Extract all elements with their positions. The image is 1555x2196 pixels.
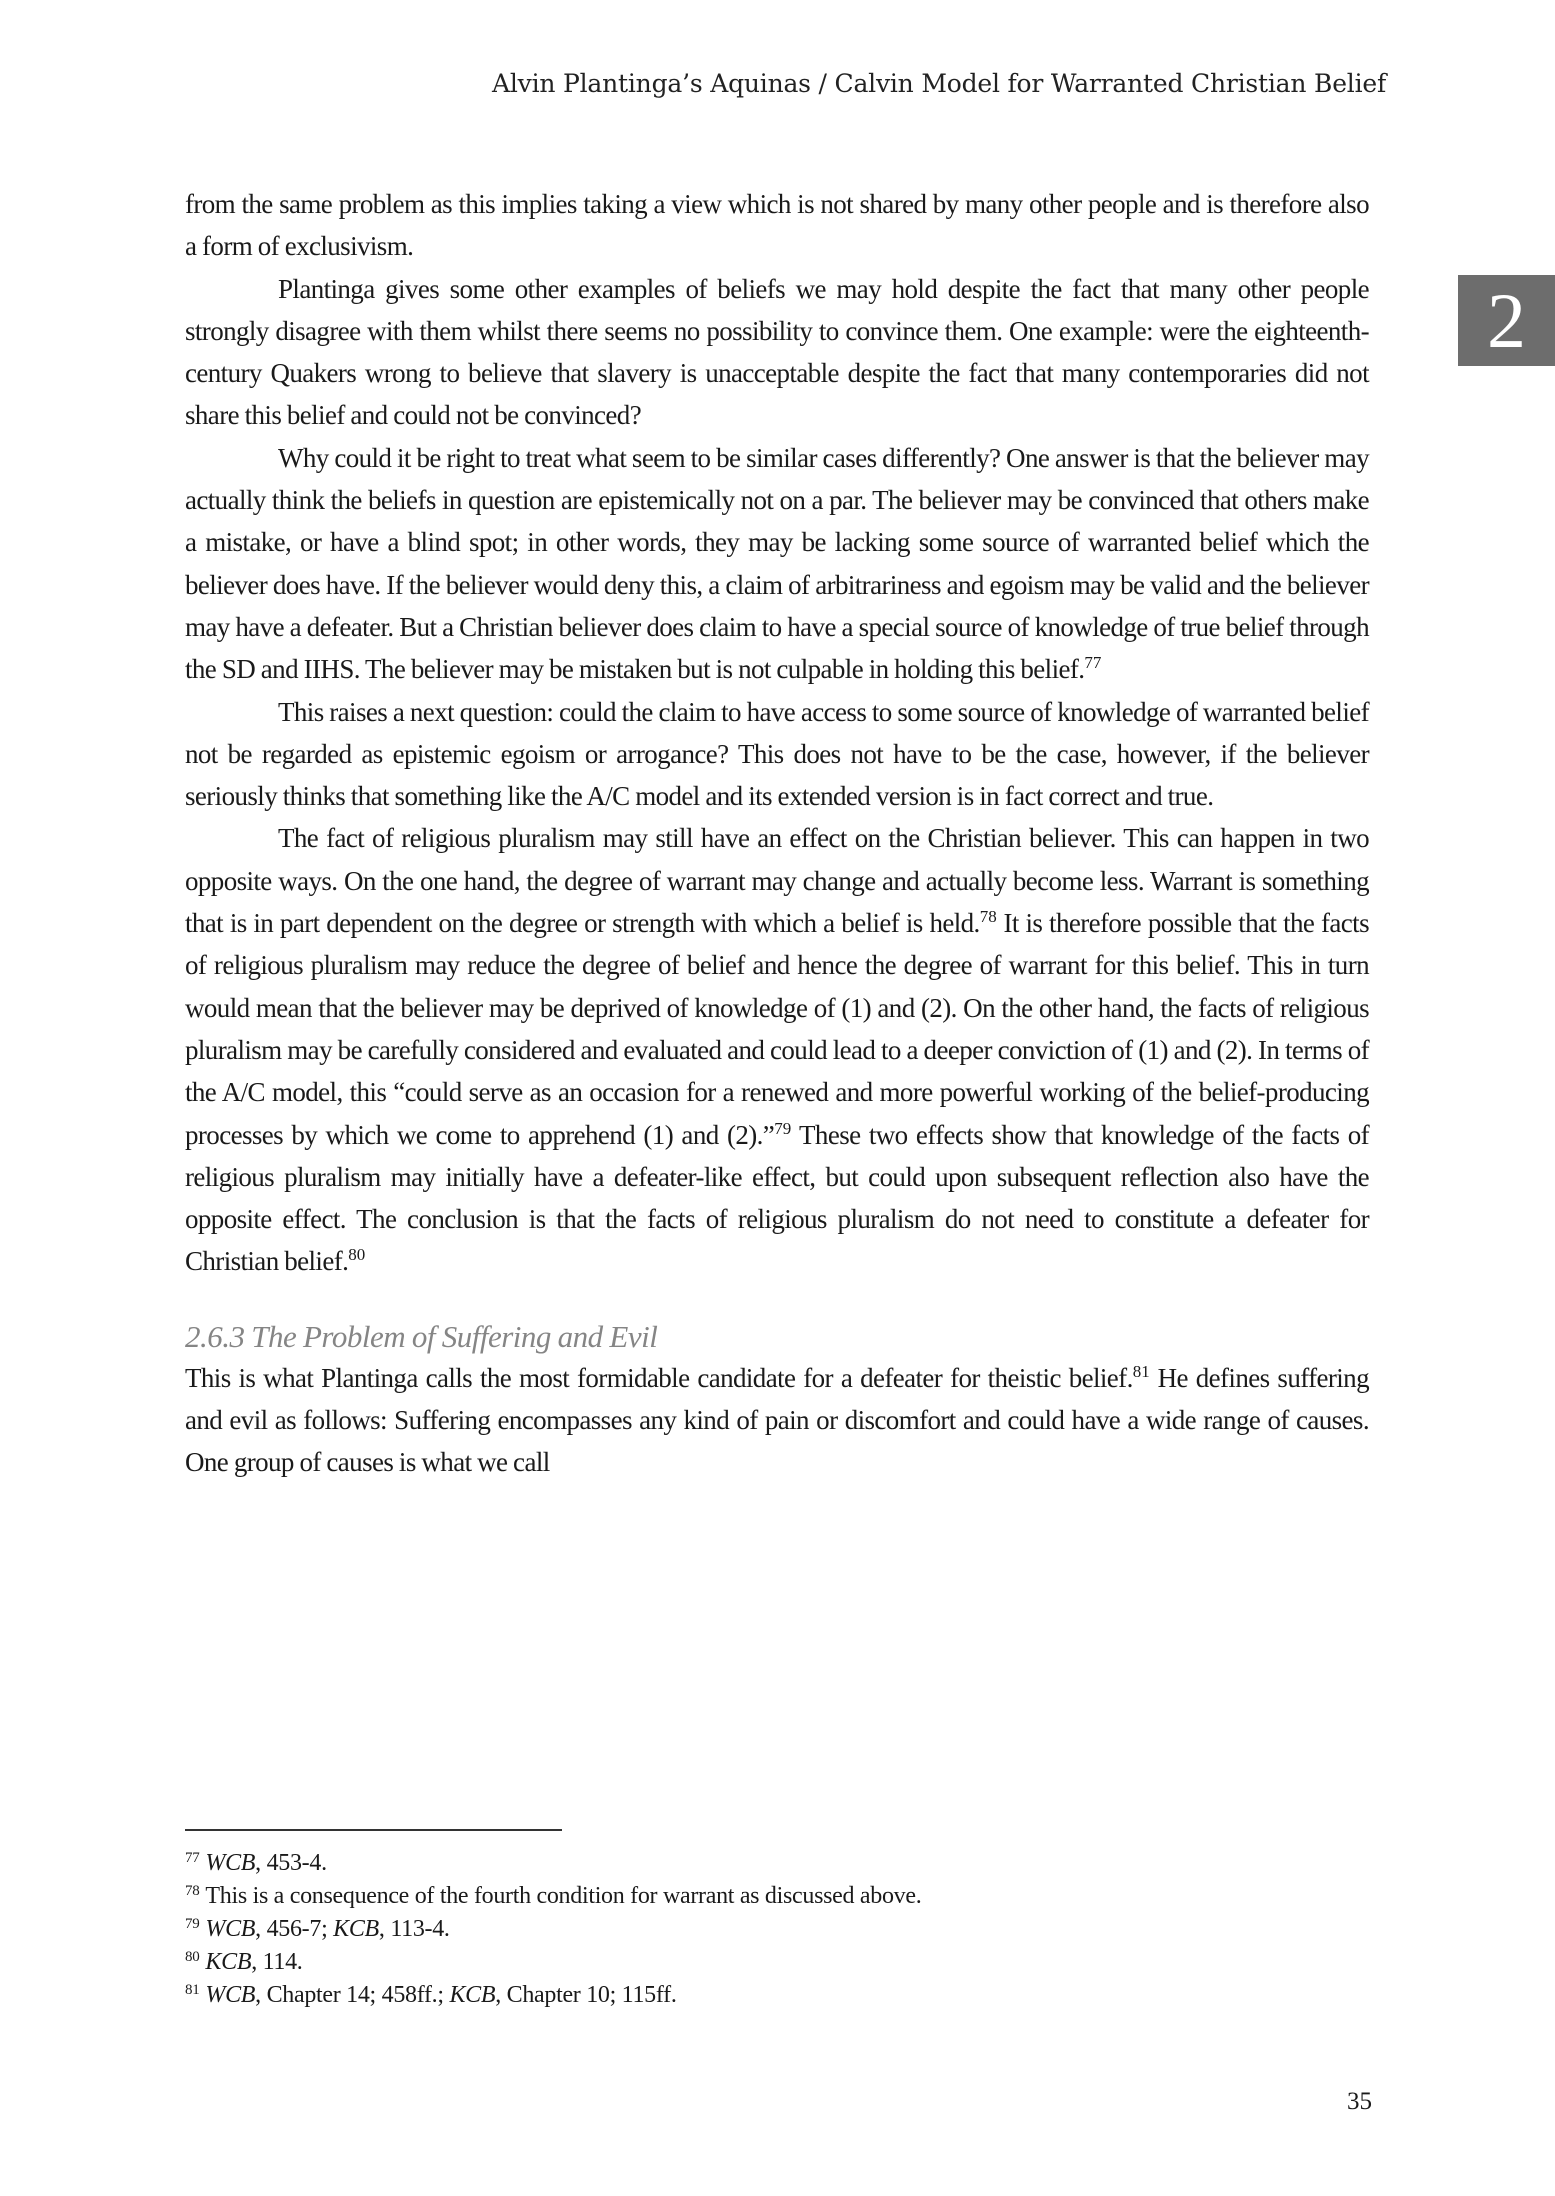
footnote-number: 79: [185, 1916, 199, 1932]
footnote-number: 78: [185, 1883, 199, 1899]
chapter-tab: 2: [1458, 275, 1555, 366]
footnote: 80KCB, 114.: [185, 1946, 1369, 1979]
body-paragraph: Why could it be right to treat what seem…: [185, 437, 1369, 691]
body-paragraph: This raises a next question: could the c…: [185, 691, 1369, 818]
footnote: 77WCB, 453-4.: [185, 1847, 1369, 1880]
footnote: 79WCB, 456-7; KCB, 113-4.: [185, 1913, 1369, 1946]
page-number: 35: [1300, 2087, 1372, 2117]
body-paragraph: Plantinga gives some other examples of b…: [185, 268, 1369, 437]
paragraphs: from the same problem as this implies ta…: [185, 183, 1369, 1283]
footnote: 81WCB, Chapter 14; 458ff.; KCB, Chapter …: [185, 1979, 1369, 2012]
footnote-number: 81: [185, 1982, 199, 1998]
body-paragraph: The fact of religious pluralism may stil…: [185, 817, 1369, 1282]
footnote: 78This is a consequence of the fourth co…: [185, 1880, 1369, 1913]
footnote-number: 77: [185, 1850, 199, 1866]
footnote-reference[interactable]: 78: [980, 907, 997, 926]
footnote-reference[interactable]: 80: [348, 1245, 365, 1264]
footnotes: 77WCB, 453-4.78This is a consequence of …: [185, 1847, 1369, 2012]
footnote-divider: [185, 1829, 562, 1831]
footnote-reference[interactable]: 81: [1133, 1362, 1150, 1381]
body-text: from the same problem as this implies ta…: [185, 183, 1369, 1484]
section-paragraph: This is what Plantinga calls the most fo…: [185, 1357, 1369, 1484]
section-heading: 2.6.3 The Problem of Suffering and Evil: [185, 1317, 1369, 1357]
footnote-reference[interactable]: 79: [774, 1119, 791, 1138]
footnote-number: 80: [185, 1949, 199, 1965]
running-header: Alvin Plantinga’s Aquinas / Calvin Model…: [492, 68, 1372, 100]
body-paragraph: from the same problem as this implies ta…: [185, 183, 1369, 268]
footnote-reference[interactable]: 77: [1084, 653, 1101, 672]
